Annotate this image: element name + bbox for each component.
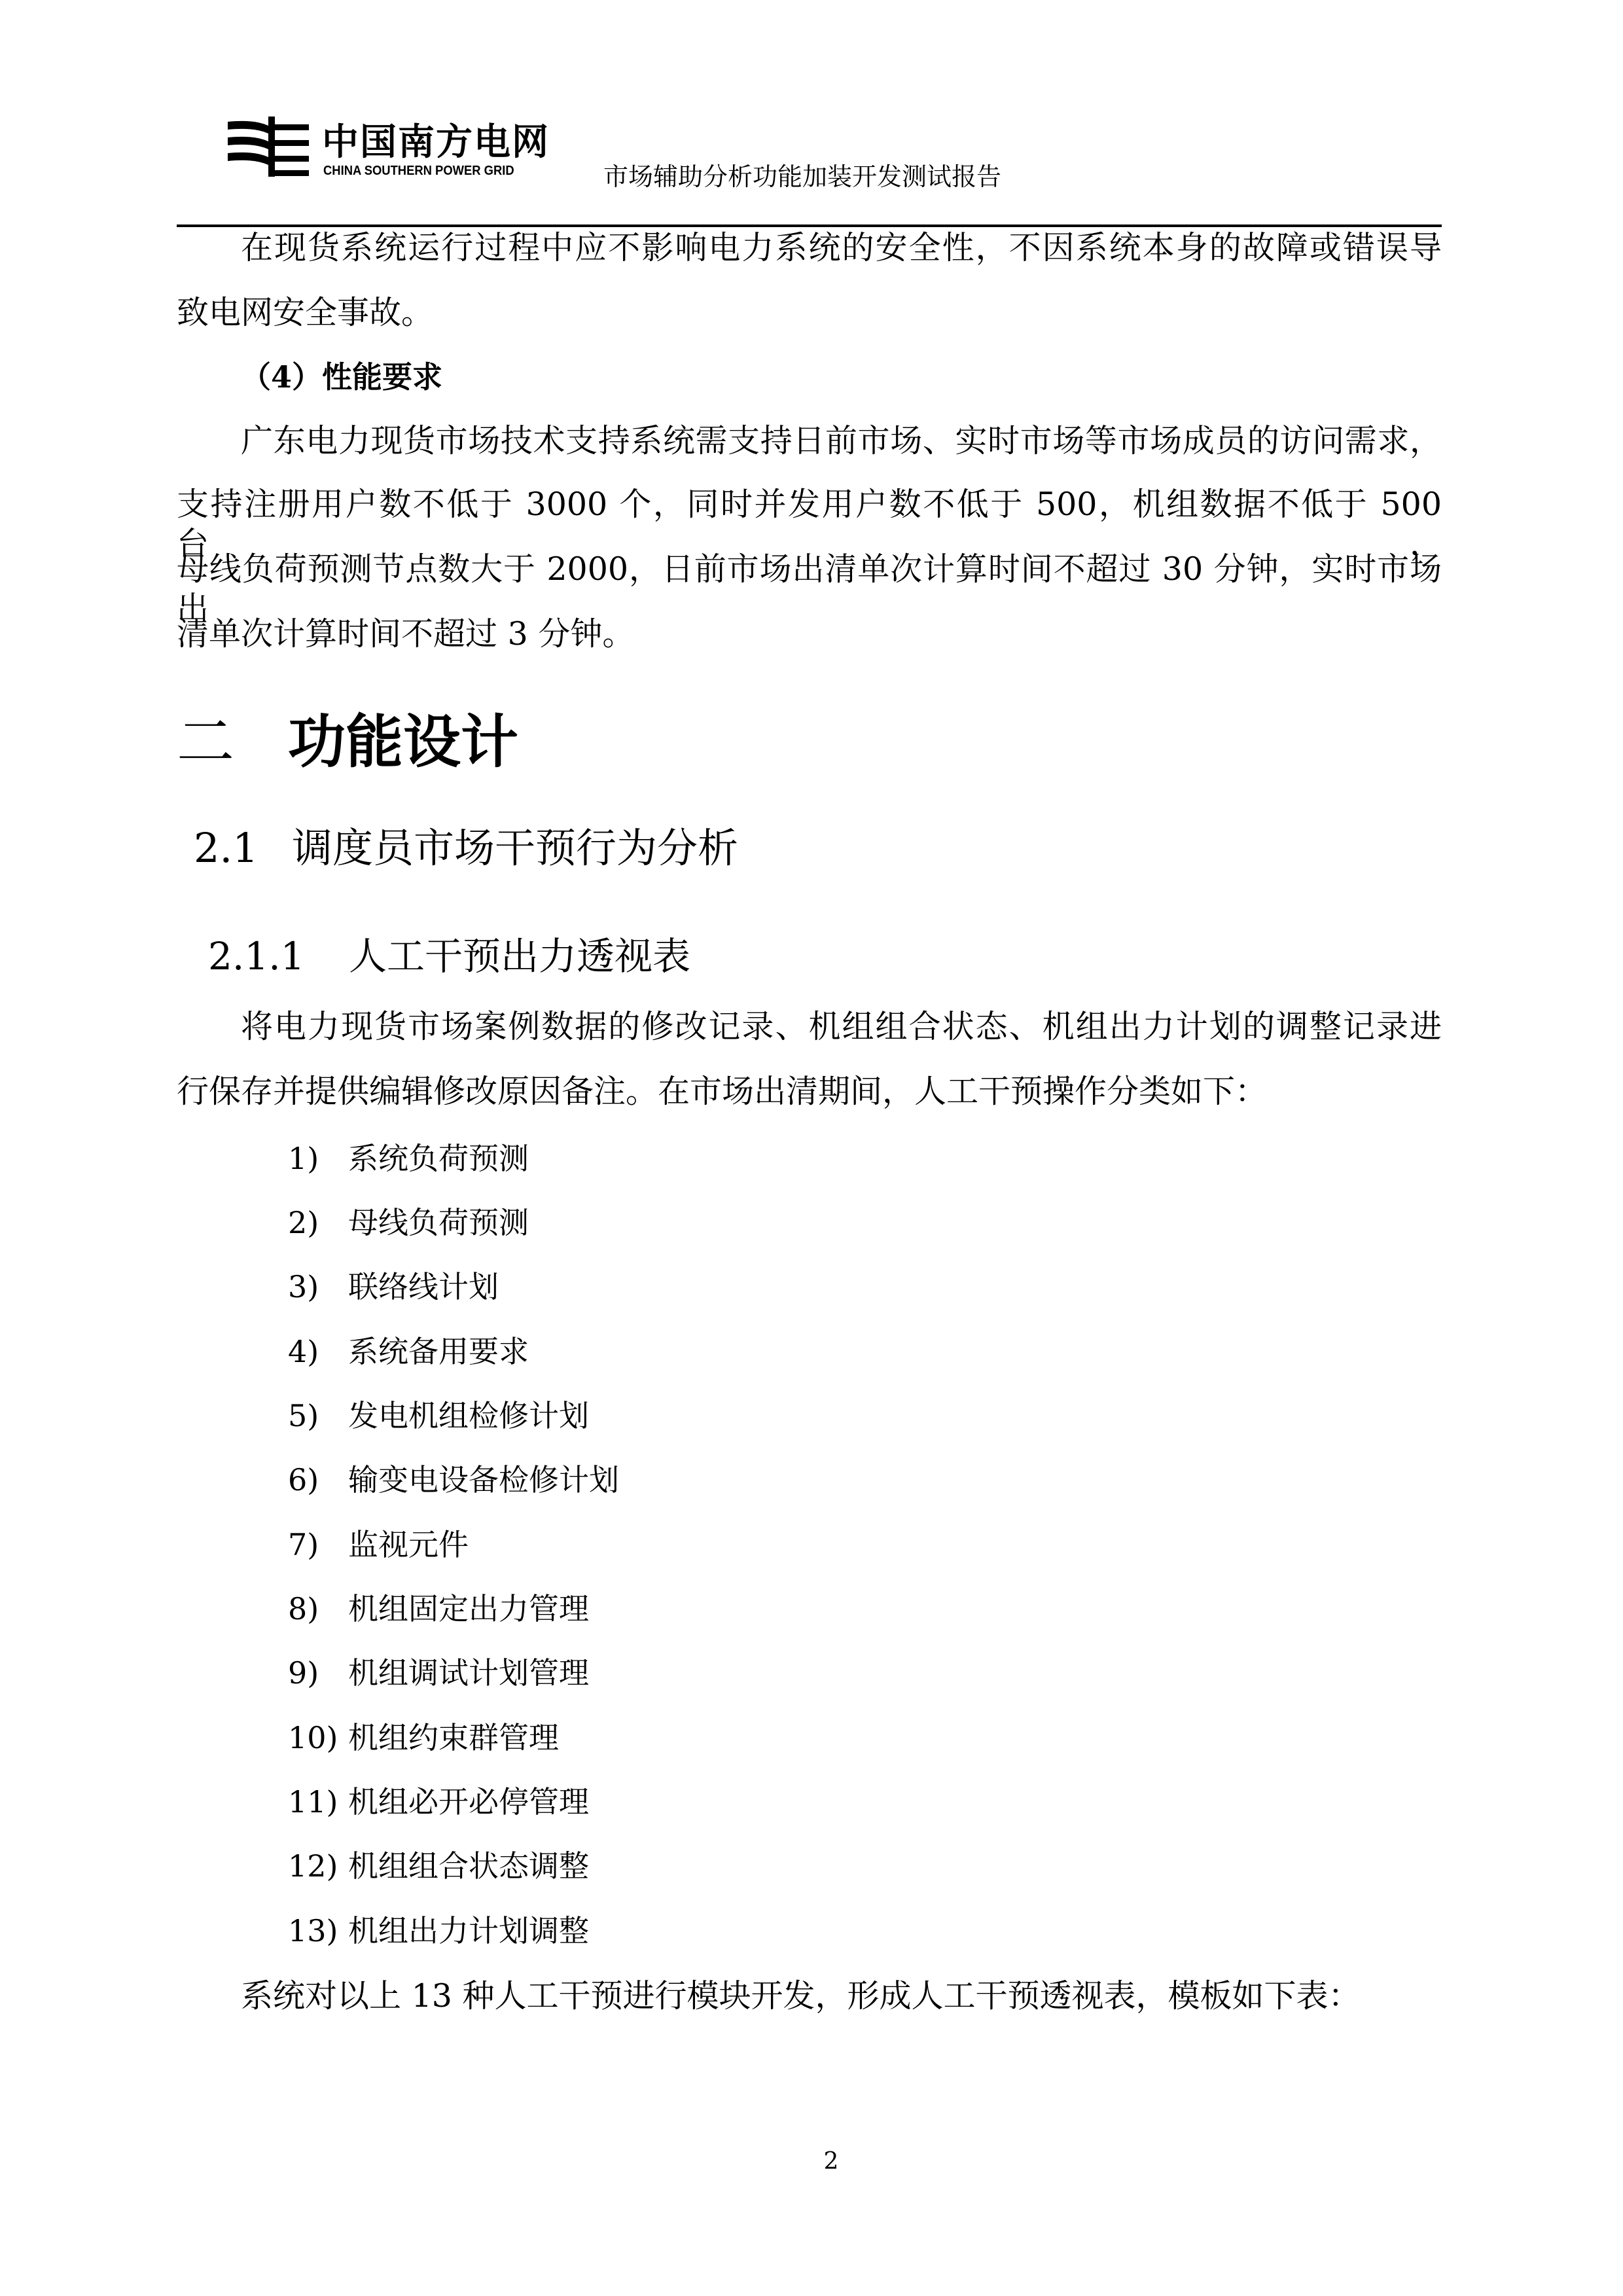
- list-item: 4)系统备用要求: [288, 1332, 529, 1371]
- list-item: 11)机组必开必停管理: [288, 1782, 589, 1821]
- document-title: 市场辅助分析功能加装开发测试报告: [603, 162, 1001, 191]
- list-item: 5)发电机组检修计划: [288, 1396, 589, 1435]
- list-item: 1)系统负荷预测: [288, 1139, 529, 1178]
- section-heading-2: 2.1调度员市场干预行为分析: [194, 822, 738, 874]
- list-item: 12)机组组合状态调整: [288, 1846, 589, 1886]
- list-item: 8)机组固定出力管理: [288, 1589, 589, 1628]
- paragraph-line: 致电网安全事故。: [177, 293, 433, 332]
- list-item: 2)母线负荷预测: [288, 1203, 529, 1242]
- section-title: 调度员市场干预行为分析: [292, 824, 738, 872]
- section-heading-3: 2.1.1人工干预出力透视表: [208, 931, 690, 981]
- section-title: 功能设计: [288, 708, 518, 776]
- section-number: 2.1: [194, 822, 292, 874]
- list-item: 7)监视元件: [288, 1525, 469, 1564]
- paragraph-line: 行保存并提供编辑修改原因备注。在市场出清期间，人工干预操作分类如下：: [177, 1072, 1267, 1111]
- paragraph-line: 广东电力现货市场技术支持系统需支持日前市场、实时市场等市场成员的访问需求，: [241, 422, 1442, 461]
- header-rule: [177, 224, 1442, 227]
- list-item: 6)输变电设备检修计划: [288, 1460, 619, 1499]
- paragraph-line: 系统对以上 13 种人工干预进行模块开发，形成人工干预透视表，模板如下表：: [241, 1977, 1361, 2016]
- section-number: 二: [177, 709, 288, 775]
- logo-brand-en: CHINA SOUTHERN POWER GRID: [323, 164, 514, 178]
- paragraph-line: 将电力现货市场案例数据的修改记录、机组组合状态、机组出力计划的调整记录进: [241, 1007, 1442, 1047]
- logo-brand-cn: 中国南方电网: [322, 123, 550, 162]
- list-item: 9)机组调试计划管理: [288, 1653, 589, 1693]
- paragraph-line: 清单次计算时间不超过 3 分钟。: [177, 615, 634, 654]
- paragraph-line: 在现货系统运行过程中应不影响电力系统的安全性，不因系统本身的故障或错误导: [241, 228, 1442, 268]
- list-item: 10)机组约束群管理: [288, 1718, 559, 1757]
- subheading-performance: （4）性能要求: [241, 357, 442, 397]
- section-heading-1: 二功能设计: [177, 709, 518, 775]
- section-number: 2.1.1: [208, 931, 349, 981]
- page-number: 2: [0, 2148, 1623, 2175]
- section-title: 人工干预出力透视表: [349, 934, 690, 978]
- list-item: 13)机组出力计划调整: [288, 1911, 589, 1950]
- csg-logo-icon: [228, 117, 312, 177]
- list-item: 3)联络线计划: [288, 1267, 499, 1306]
